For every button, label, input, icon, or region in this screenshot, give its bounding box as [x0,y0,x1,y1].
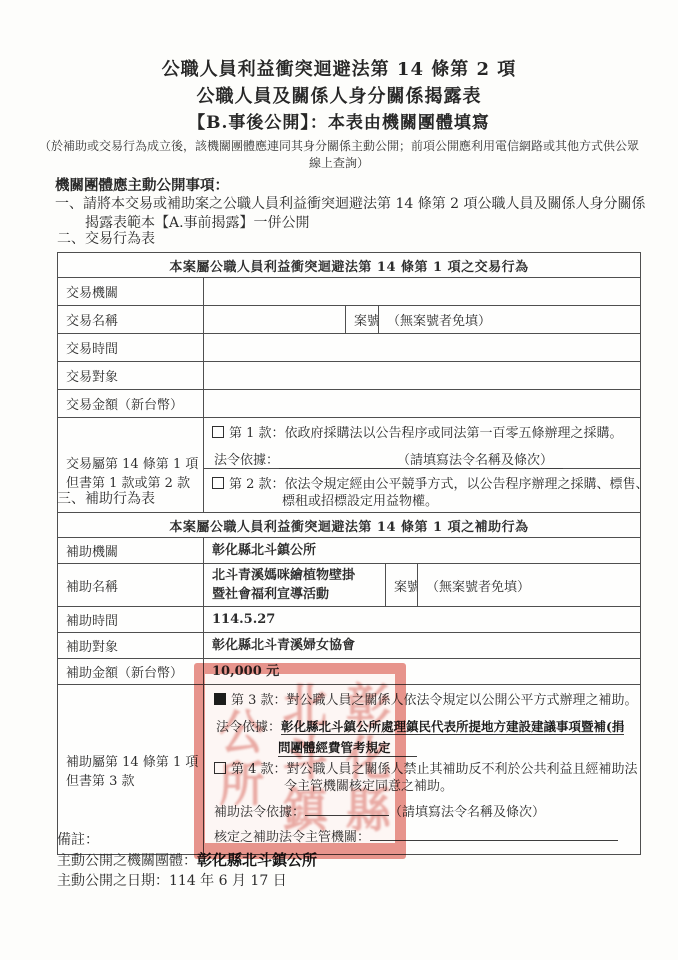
clause3-law-value-line2: 問團體經費管考規定 [278,738,417,757]
subsidy-clause-row-label-line2: 但書第 3 款 [66,770,195,789]
transaction-agency-label: 交易機關 [58,278,204,306]
table-row: 交易名稱 案號 （無案號者免填） [58,306,641,334]
table-row: 補助時間 114.5.27 [58,607,641,633]
transaction-section-heading: 二、交易行為表 [57,230,640,248]
subsidy-recipient-label: 補助對象 [58,633,204,659]
law-basis-hint: （請填寫法令名稱及條次） [397,453,553,468]
subsidy-clause-content: 第 3 款：對公職人員之關係人依法令規定以公開公平方式辦理之補助。 法令依據：彰… [204,685,640,854]
subsidy-agency-label: 補助機關 [58,538,204,564]
subsidy-section-heading: 三、補助行為表 [57,490,640,508]
transaction-table: 本案屬公職人員利益衝突迴避法第 14 條第 1 項之交易行為 交易機關 交易名稱… [57,252,641,526]
subsidy-name-label: 補助名稱 [58,564,204,607]
subsidy-clause3-line: 第 3 款：對公職人員之關係人依法令規定以公開公平方式辦理之補助。 [214,692,630,709]
disclosure-heading: 機關團體應主動公開事項： [55,176,650,195]
table-row: 補助名稱 北斗青溪媽咪繪植物壁掛 暨社會福利宣導活動 案號 （無案號者免填） [58,564,641,607]
publish-date-label: 主動公開之日期： [57,873,169,889]
transaction-clause1-block: 第 1 款：依政府採購法以公告程序或同法第一百零五條辦理之採購。 法令依據：（請… [204,418,640,469]
subsidy-clause-row-label-line1: 補助屬第 14 條第 1 項 [66,751,195,770]
transaction-case-no-label: 案號 [346,306,379,334]
clause4-text-line1: 第 4 款：對公職人員之關係人禁止其補助反不利於公共利益且經補助法 [231,762,638,777]
publishing-org-value: 彰化縣北斗鎮公所 [197,851,317,869]
transaction-time-label: 交易時間 [58,334,204,362]
transaction-table-title: 本案屬公職人員利益衝突迴避法第 14 條第 1 項之交易行為 [58,253,641,278]
disclosure-section: 機關團體應主動公開事項： 一、請將本交易或補助案之公職人員利益衝突迴避法第 14… [55,176,650,233]
clause3-law-value-line1: 彰化縣北斗鎮公所處理鎮民代表所提地方建設建議事項暨補(捐 [281,719,624,735]
subsidy-law-basis-label: 補助法令依據： [214,801,305,820]
law-basis-label: 法令依據： [216,720,281,735]
clause1-text: 第 1 款：依政府採購法以公告程序或同法第一百零五條辦理之採購。 [229,426,623,441]
transaction-clause1-line: 第 1 款：依政府採購法以公告程序或同法第一百零五條辦理之採購。 [212,425,632,442]
table-row: 補助機關 彰化縣北斗鎮公所 [58,538,641,564]
table-row: 交易金額（新台幣） [58,390,641,418]
table-row: 交易機關 [58,278,641,306]
form-header: 公職人員利益衝突迴避法第 14 條第 2 項 公職人員及關係人身分關係揭露表 【… [0,56,678,172]
publish-date-value: 114 年 6 月 17 日 [169,873,287,889]
transaction-clause-row-label-line2: 但書第 1 款或第 2 款 [66,472,195,491]
transaction-name-value [204,306,346,334]
form-subtitle: 【B.事後公開】：本表由機關團體填寫 [0,110,678,136]
subsidy-case-no-hint: （無案號者免填） [418,564,641,607]
subsidy-section: 三、補助行為表 本案屬公職人員利益衝突迴避法第 14 條第 1 項之補助行為 補… [57,490,640,855]
law-basis-label: 法令依據： [214,453,279,468]
clause3-text: 第 3 款：對公職人員之關係人依法令規定以公開公平方式辦理之補助。 [231,693,638,708]
subsidy-law-basis-hint: （請填寫法令名稱及條次） [389,801,545,820]
transaction-case-no-hint: （無案號者免填） [379,306,641,334]
subsidy-amount-label: 補助金額（新台幣） [58,659,204,685]
subsidy-clause-cell: 第 3 款：對公職人員之關係人依法令規定以公開公平方式辦理之補助。 法令依據：彰… [204,685,641,855]
publishing-org-label: 主動公開之機關團體： [57,853,197,869]
transaction-clause-row-label-line1: 交易屬第 14 條第 1 項 [66,453,195,472]
clause2-checkbox [212,477,224,489]
transaction-counterparty-value [204,362,641,390]
subsidy-recipient-value: 彰化縣北斗青溪婦女協會 [204,633,641,659]
table-row: 交易對象 [58,362,641,390]
form-footer: 備註： 主動公開之機關團體：彰化縣北斗鎮公所 主動公開之日期：114 年 6 月… [57,830,617,891]
transaction-counterparty-label: 交易對象 [58,362,204,390]
clause4-checkbox [214,762,226,774]
clause1-checkbox [212,426,224,438]
table-row: 補助對象 彰化縣北斗青溪婦女協會 [58,633,641,659]
subsidy-amount-value: 10,000 元 [204,659,641,685]
form-title-line1: 公職人員利益衝突迴避法第 14 條第 2 項 [0,56,678,83]
subsidy-table: 本案屬公職人員利益衝突迴避法第 14 條第 1 項之補助行為 補助機關 彰化縣北… [57,512,641,855]
clause4-text-line2: 令主管機關核定同意之補助。 [214,778,630,795]
transaction-agency-value [204,278,641,306]
transaction-amount-label: 交易金額（新台幣） [58,390,204,418]
table-row: 交易時間 [58,334,641,362]
transaction-time-value [204,334,641,362]
table-title-row: 本案屬公職人員利益衝突迴避法第 14 條第 1 項之交易行為 [58,253,641,278]
subsidy-time-value: 114.5.27 [204,607,641,633]
publishing-org-line: 主動公開之機關團體：彰化縣北斗鎮公所 [57,850,617,871]
table-row: 補助屬第 14 條第 1 項 但書第 3 款 第 3 款：對公職人員之關係人依法… [58,685,641,855]
table-title-row: 本案屬公職人員利益衝突迴避法第 14 條第 1 項之補助行為 [58,513,641,538]
subsidy-clause4-line1: 第 4 款：對公職人員之關係人禁止其補助反不利於公共利益且經補助法 [214,761,630,778]
transaction-section: 二、交易行為表 本案屬公職人員利益衝突迴避法第 14 條第 1 項之交易行為 交… [57,230,640,526]
notes-label: 備註： [57,830,617,850]
disclosure-item-1: 一、請將本交易或補助案之公職人員利益衝突迴避法第 14 條第 2 項公職人員及關… [55,195,650,233]
publish-date-line: 主動公開之日期：114 年 6 月 17 日 [57,871,617,891]
form-title-note: （於補助或交易行為成立後，該機關團體應連同其身分關係主動公開；前項公開應利用電信… [39,138,639,172]
subsidy-table-title: 本案屬公職人員利益衝突迴避法第 14 條第 1 項之補助行為 [58,513,641,538]
subsidy-case-no-label: 案號 [386,564,418,607]
subsidy-law-basis-blank [305,801,389,816]
subsidy-name-value-line1: 北斗青溪媽咪繪植物壁掛 [212,566,377,585]
subsidy-clause3-law-line: 法令依據：彰化縣北斗鎮公所處理鎮民代表所提地方建設建議事項暨補(捐 [216,716,630,735]
transaction-name-label: 交易名稱 [58,306,204,334]
subsidy-agency-value: 彰化縣北斗鎮公所 [204,538,641,564]
subsidy-clause-row-label: 補助屬第 14 條第 1 項 但書第 3 款 [58,685,204,855]
table-row: 補助金額（新台幣） 10,000 元 [58,659,641,685]
transaction-amount-value [204,390,641,418]
form-title-line2: 公職人員及關係人身分關係揭露表 [0,83,678,110]
scanned-form-page: 公職人員利益衝突迴避法第 14 條第 2 項 公職人員及關係人身分關係揭露表 【… [0,0,678,960]
transaction-clause1-law-line: 法令依據：（請填寫法令名稱及條次） [214,449,632,469]
clause3-checkbox [214,693,226,705]
subsidy-law-basis-field: 補助法令依據：（請填寫法令名稱及條次） [214,801,630,820]
subsidy-time-label: 補助時間 [58,607,204,633]
subsidy-name-value: 北斗青溪媽咪繪植物壁掛 暨社會福利宣導活動 [204,564,386,607]
subsidy-name-value-line2: 暨社會福利宣導活動 [212,585,377,604]
